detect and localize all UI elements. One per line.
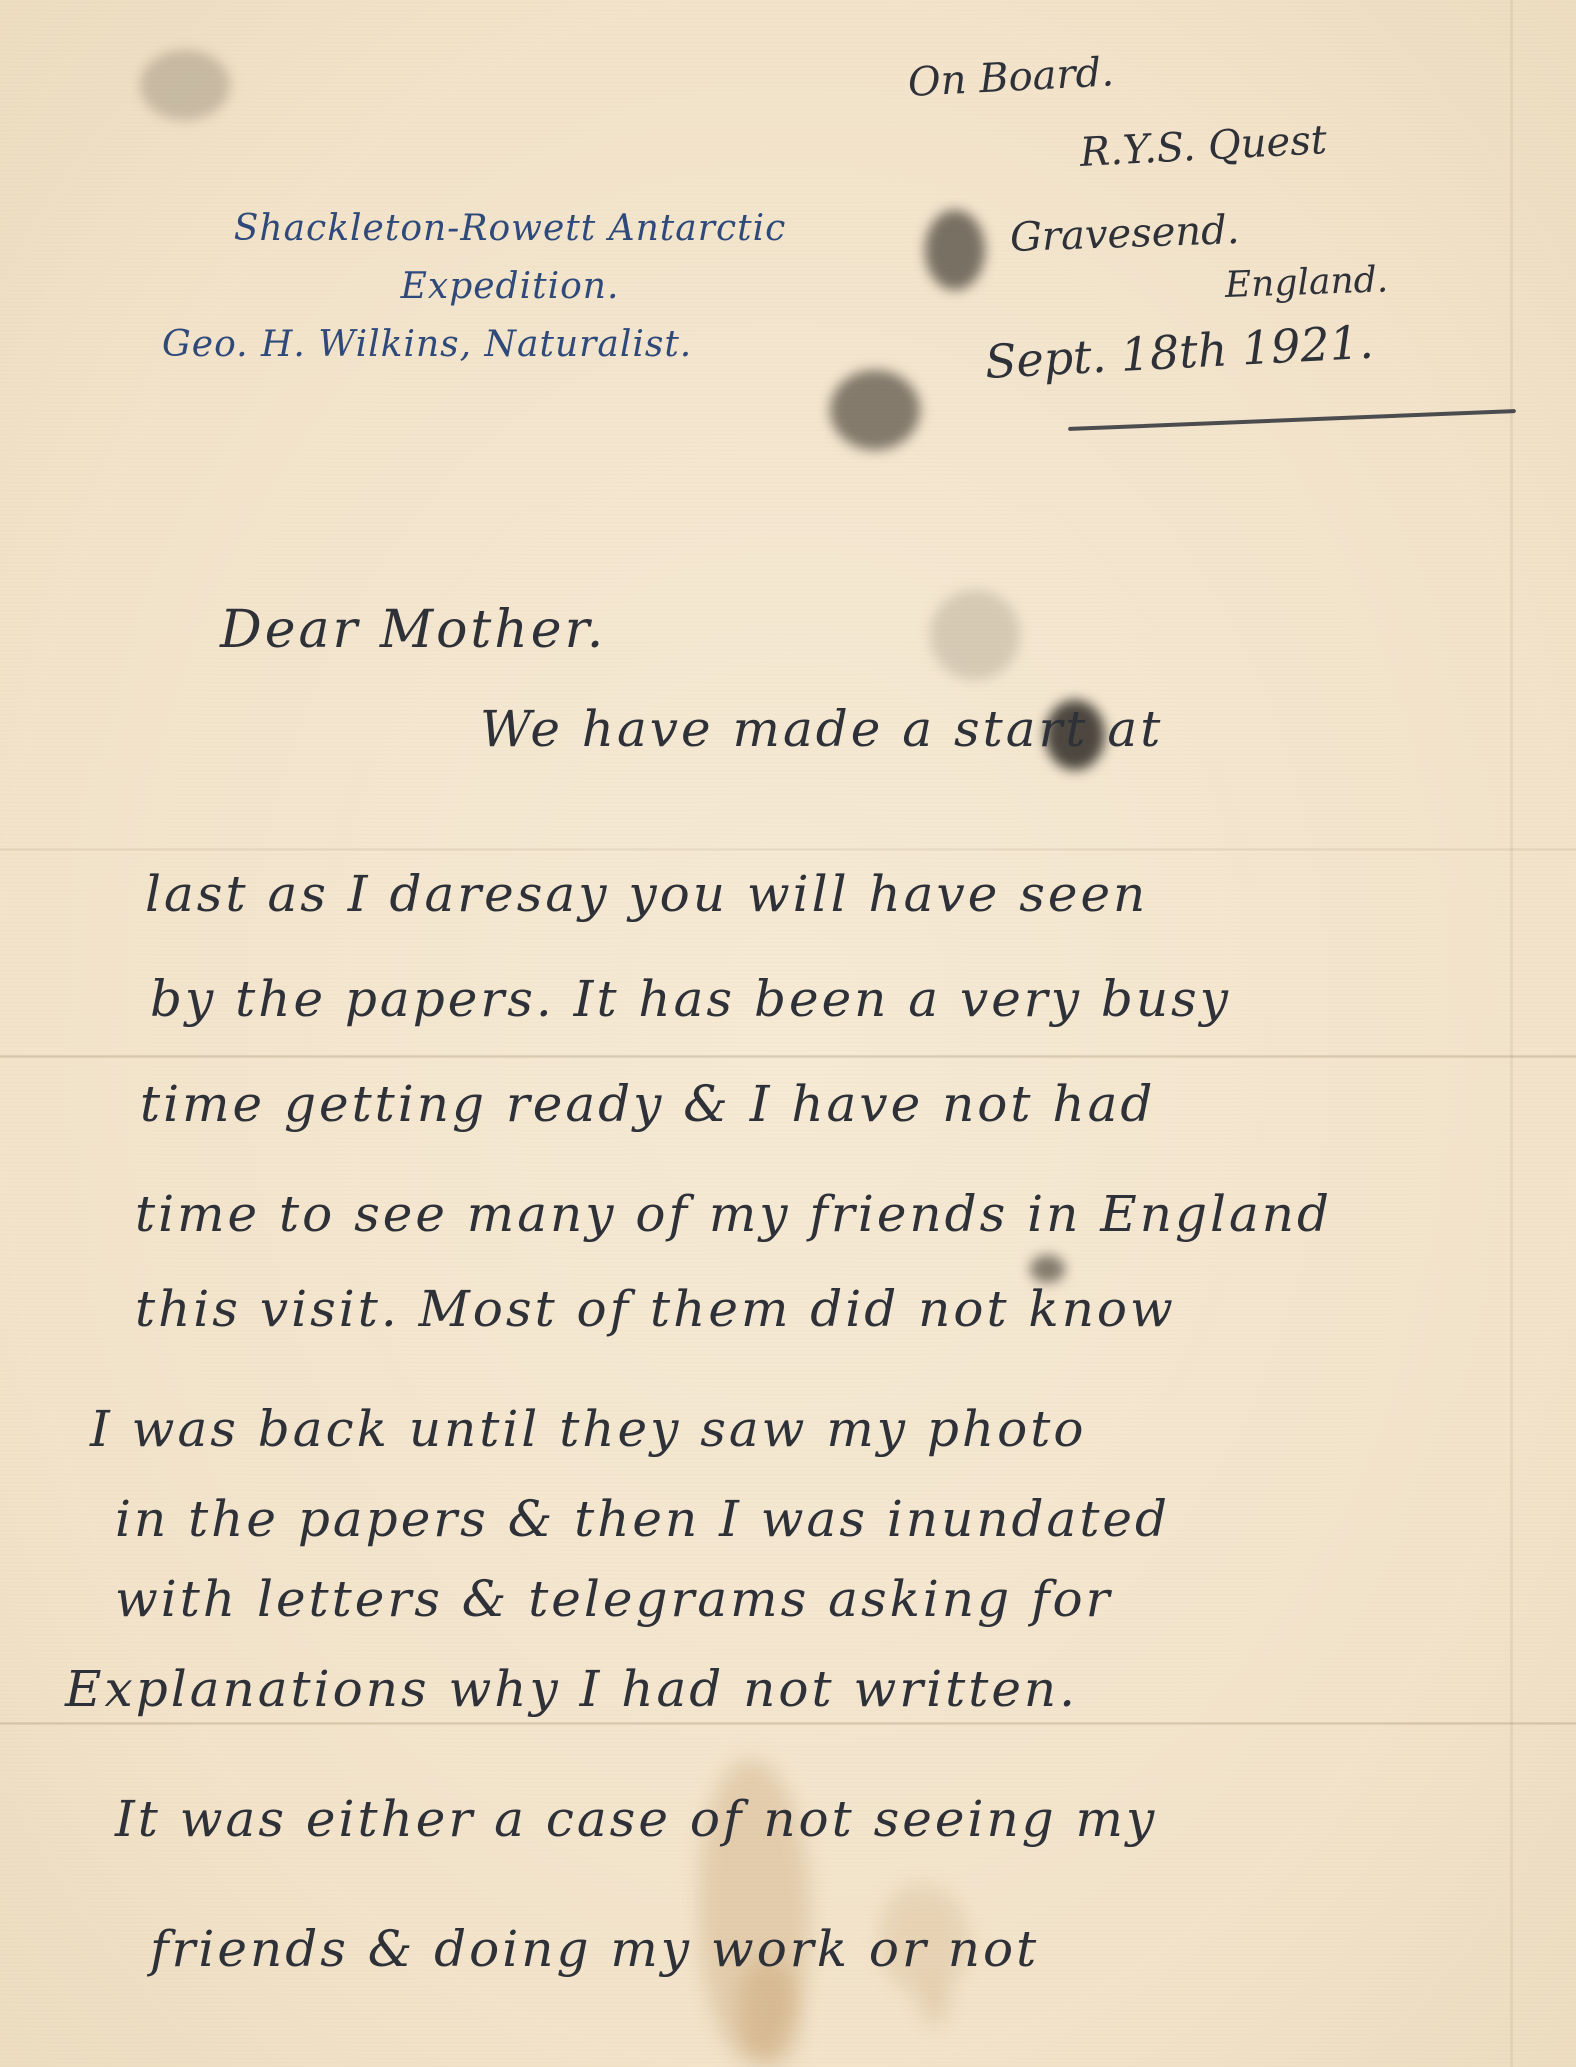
- ink-smudge: [830, 370, 920, 450]
- letterhead-expedition-name: Shackleton-Rowett Antarctic: [170, 200, 850, 258]
- address-line-country: England.: [1224, 259, 1389, 306]
- fingerprint-smudge: [930, 590, 1020, 680]
- letter-line: Explanations why I had not written.: [65, 1660, 1078, 1718]
- paper-fold: [0, 1722, 1576, 1725]
- letterhead-expedition: Expedition.: [170, 258, 850, 316]
- fingerprint-smudge: [140, 50, 230, 120]
- letter-line: this visit. Most of them did not know: [135, 1280, 1176, 1338]
- letter-line: time getting ready & I have not had: [140, 1075, 1155, 1133]
- letter-line: It was either a case of not seeing my: [115, 1790, 1157, 1848]
- ink-smudge: [1030, 1255, 1065, 1283]
- letter-line: in the papers & then I was inundated: [115, 1490, 1170, 1548]
- water-stain: [920, 1985, 950, 2025]
- ink-smudge: [925, 210, 985, 290]
- letter-line: by the papers. It has been a very busy: [150, 970, 1231, 1028]
- letter-line: with letters & telegrams asking for: [115, 1570, 1113, 1628]
- letter-line: time to see many of my friends in Englan…: [135, 1185, 1332, 1243]
- letter-line: We have made a start at: [480, 700, 1163, 758]
- paper-crease: [1510, 0, 1513, 2067]
- letter-line: last as I daresay you will have seen: [145, 865, 1148, 923]
- letter-line: I was back until they saw my photo: [90, 1400, 1086, 1458]
- letter-line: friends & doing my work or not: [150, 1920, 1039, 1978]
- paper-crease: [0, 848, 1576, 851]
- salutation: Dear Mother.: [220, 600, 606, 660]
- letterhead-author: Geo. H. Wilkins, Naturalist.: [162, 316, 850, 374]
- address-line-town: Gravesend.: [1009, 207, 1240, 261]
- paper-fold: [0, 1055, 1576, 1058]
- letterhead: Shackleton-Rowett Antarctic Expedition. …: [170, 200, 850, 374]
